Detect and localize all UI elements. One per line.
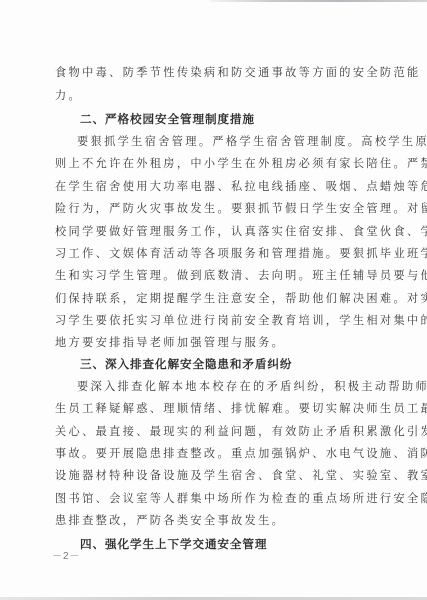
text-line: 图书馆、会议室等人群集中场所作为检查的重点场所进行安全隐 [55, 492, 375, 506]
text-line: 生和实习学生管理。做到底数清、去向明。班主任辅导员要与他 [55, 269, 375, 283]
section-heading-4: 四、强化学生上下学交通安全管理 [80, 537, 267, 551]
section-heading-2: 二、严格校园安全管理制度措施 [80, 112, 255, 126]
text-line: 事故。要开展隐患排查整改。重点加强锅炉、水电气设施、消防 [55, 447, 375, 461]
text-line: 要深入排查化解本地本校存在的矛盾纠纷，积极主动帮助师 [77, 380, 375, 394]
text-line: 力。 [55, 89, 375, 103]
text-line: 关心、最直接、最现实的利益问题，有效防止矛盾积累激化引发 [55, 425, 375, 439]
text-line: 则上不允许在外租房，中小学生在外租房必须有家长陪住。严禁 [55, 157, 375, 171]
text-line: 设施器材特种设备设施及学生宿舍、食堂、礼堂、实验室、教室、 [55, 469, 375, 483]
section-heading-3: 三、深入排查化解安全隐患和矛盾纠纷 [80, 357, 292, 371]
scan-edge-top [210, 0, 427, 2]
text-line: 校同学要做好管理服务工作，认真落实住宿安排、食堂伙食、学 [55, 225, 375, 239]
page-number: －2－ [52, 547, 81, 562]
text-line: 患排查整改，严防各类安全事故发生。 [55, 514, 375, 528]
text-line: 们保持联系，定期提醒学生注意安全，帮助他们解决困难。对实 [55, 292, 375, 306]
text-line: 习工作、文娱体育活动等各项服务和管理措施。要狠抓毕业班学 [55, 247, 375, 261]
text-line: 食物中毒、防季节性传染病和防交通事故等方面的安全防范能 [55, 66, 375, 80]
text-line: 要狠抓学生宿舍管理。严格学生宿舍管理制度。高校学生原 [77, 135, 375, 149]
text-line: 在学生宿舍使用大功率电器、私拉电线插座、吸烟、点蜡烛等危 [55, 180, 375, 194]
text-line: 地方要安排指导老师加强管理与服务。 [55, 336, 375, 350]
text-line: 习学生要依托实习单位进行岗前安全教育培训，学生相对集中的 [55, 314, 375, 328]
text-line: 生员工释疑解惑、理顺情绪、排忧解难。要切实解决师生员工最 [55, 402, 375, 416]
text-line: 险行为，严防火灾事故发生。要狠抓节假日学生安全管理。对留 [55, 202, 375, 216]
